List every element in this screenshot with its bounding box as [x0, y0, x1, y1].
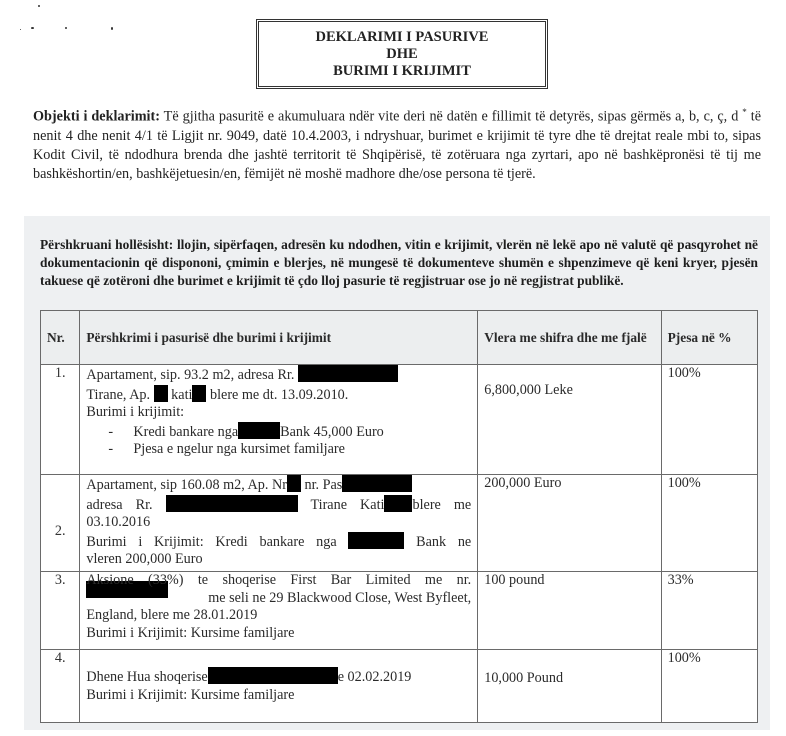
redacted-block: [192, 385, 206, 402]
desc-text: vleren 200,000 Euro: [86, 551, 471, 569]
desc-text: Apartament, sip. 93.2 m2, adresa Rr.: [86, 367, 298, 383]
value-text: 6,800,000 Leke: [484, 365, 654, 400]
intro-text-1: Të gjitha pasuritë e akumuluara ndër vit…: [160, 109, 742, 125]
desc-text: Tirane, Ap.: [86, 387, 153, 403]
title-line-3: BURIMI I KRIJIMIT: [333, 63, 471, 80]
row-value: 6,800,000 Leke: [478, 365, 661, 475]
desc-text: England, blere me 28.01.2019: [86, 607, 471, 625]
header-description: Përshkrimi i pasurisë dhe burimi i kriji…: [80, 311, 478, 365]
desc-text: Apartament, sip 160.08 m2, Ap. Nr: [86, 477, 287, 493]
scan-specks: [0, 0, 260, 60]
header-nr: Nr.: [41, 311, 80, 365]
table-header-row: Nr. Përshkrimi i pasurisë dhe burimi i k…: [41, 311, 758, 365]
row-share: 100%: [661, 365, 757, 475]
intro-label: Objekti i deklarimit:: [33, 109, 160, 125]
row-share: 33%: [661, 572, 757, 650]
desc-text: kati: [168, 387, 193, 403]
row-value: 200,000 Euro: [478, 475, 661, 572]
desc-text: e 02.02.2019: [338, 669, 412, 685]
row-description: Apartament, sip 160.08 m2, Ap. Nr nr. Pa…: [80, 475, 478, 572]
table-row: 1. Apartament, sip. 93.2 m2, adresa Rr. …: [41, 365, 758, 475]
table-row: 2. Apartament, sip 160.08 m2, Ap. Nr nr.…: [41, 475, 758, 572]
desc-text: Aksione (33%) te shoqerise First Bar Lim…: [86, 572, 471, 590]
row-value: 100 pound: [478, 572, 661, 650]
desc-text: Bank ne: [404, 534, 471, 550]
desc-text: Dhene Hua shoqerise: [86, 669, 207, 685]
row-description: Dhene Hua shoqerisee 02.02.2019 Burimi i…: [80, 650, 478, 723]
declaration-object-paragraph: Objekti i deklarimit: Të gjitha pasuritë…: [33, 103, 761, 185]
desc-text: Burimi i Krijimit: Kursime familjare: [86, 625, 471, 643]
desc-text: nr. Pas: [301, 477, 342, 493]
redacted-block: [238, 422, 280, 439]
redacted-block: [208, 667, 338, 684]
title-line-1: DEKLARIMI I PASURIVE: [316, 29, 489, 46]
instructions-text: Përshkruani hollësisht: llojin, sipërfaq…: [40, 236, 758, 289]
redacted-block: [342, 475, 412, 492]
desc-text: me seli ne 29 Blackwood Close, West Byfl…: [208, 590, 471, 606]
redacted-block: [287, 475, 301, 492]
row-nr: 3.: [41, 572, 80, 650]
desc-text: Burimi i krijimit:: [86, 404, 471, 422]
desc-text: blere me: [412, 497, 471, 513]
desc-text: 03.10.2016: [86, 514, 471, 532]
desc-text: Burimi i Krijimit: Kursime familjare: [86, 687, 471, 705]
document-title: DEKLARIMI I PASURIVE DHE BURIMI I KRIJIM…: [256, 19, 548, 89]
row-share: 100%: [661, 475, 757, 572]
desc-text: Tirane Kati: [310, 497, 384, 513]
row-description: Aksione (33%) te shoqerise First Bar Lim…: [80, 572, 478, 650]
desc-text: Burimi i Krijimit: Kredi bankare nga: [86, 534, 348, 550]
redacted-block: [384, 495, 412, 512]
assets-table: Nr. Përshkrimi i pasurisë dhe burimi i k…: [40, 310, 758, 723]
value-text: 10,000 Pound: [484, 670, 654, 688]
bullet-dash: -: [108, 441, 133, 459]
row-value: 10,000 Pound: [478, 650, 661, 723]
header-share: Pjesa në %: [661, 311, 757, 365]
table-row: 3. Aksione (33%) te shoqerise First Bar …: [41, 572, 758, 650]
redacted-block: [166, 495, 298, 512]
row-share: 100%: [661, 650, 757, 723]
redacted-block: [154, 385, 168, 402]
title-line-2: DHE: [386, 46, 417, 63]
desc-text: Bank 45,000 Euro: [280, 424, 384, 440]
row-nr: 4.: [41, 650, 80, 723]
desc-text: Pjesa e ngelur nga kursimet familjare: [133, 441, 345, 457]
redacted-block: [298, 365, 398, 382]
desc-text: Kredi bankare nga: [133, 424, 238, 440]
redacted-block: [348, 532, 404, 549]
header-value: Vlera me shifra dhe me fjalë: [478, 311, 661, 365]
table-row: 4. Dhene Hua shoqerisee 02.02.2019 Burim…: [41, 650, 758, 723]
row-description: Apartament, sip. 93.2 m2, adresa Rr. Tir…: [80, 365, 478, 475]
desc-text: adresa Rr.: [86, 497, 165, 513]
bullet-dash: -: [108, 424, 133, 442]
desc-text: blere me dt. 13.09.2010.: [206, 387, 348, 403]
row-nr: 2.: [41, 475, 80, 572]
row-nr: 1.: [41, 365, 80, 475]
